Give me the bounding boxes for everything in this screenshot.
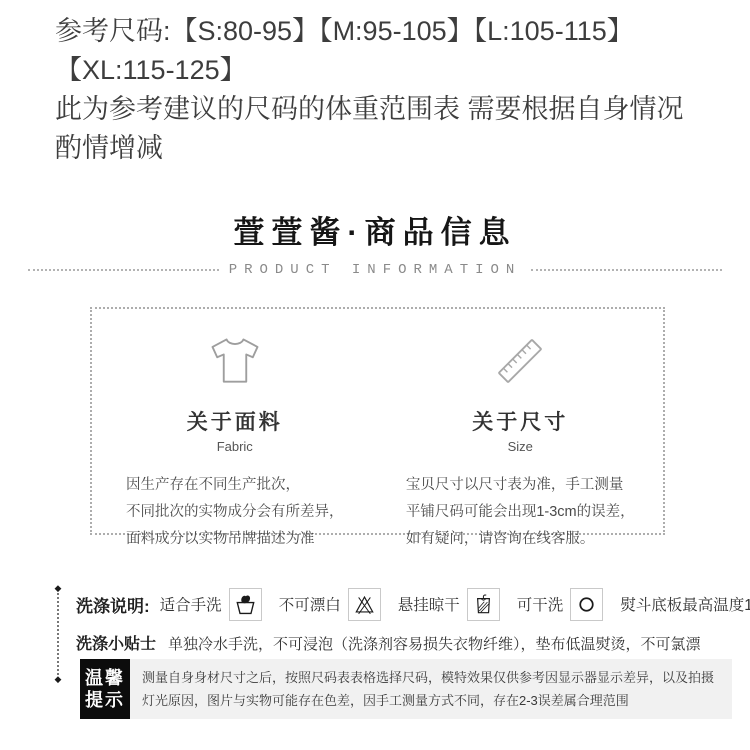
warm-tip-badge-line-1: 温馨 [85, 667, 125, 689]
washing-label: 洗涤说明: [76, 592, 150, 617]
dotted-divider-left [28, 269, 219, 271]
size-line-2: 平铺尺码可能会出现1-3cm的误差， [406, 499, 635, 526]
care-item-dry-clean: 可干洗 [517, 588, 621, 621]
section-subtitle-row: PRODUCT INFORMATION [28, 262, 722, 278]
section-subtitle: PRODUCT INFORMATION [219, 262, 532, 278]
size-card-subtitle: Size [378, 439, 664, 454]
care-item-label: 悬挂晾干 [398, 593, 460, 615]
fabric-line-2: 不同批次的实物成分会有所差异， [126, 499, 344, 526]
care-item-label: 可干洗 [517, 593, 564, 615]
care-item-label: 不可漂白 [279, 593, 341, 615]
care-item-label: 适合手洗 [160, 593, 222, 615]
care-item-handwash: 适合手洗 [160, 588, 279, 621]
size-card-body: 宝贝尺寸以尺寸表为准，手工测量 平铺尺码可能会出现1-3cm的误差， 如有疑问，… [406, 472, 635, 553]
handwash-icon [229, 588, 262, 621]
size-ref-line-3: 此为参考建议的尺码的体重范围表 需要根据自身情况 [55, 90, 723, 129]
fabric-card-subtitle: Fabric [92, 439, 378, 454]
info-cards-box: 关于面料 Fabric 因生产存在不同生产批次， 不同批次的实物成分会有所差异，… [90, 307, 665, 535]
size-card-title: 关于尺寸 [378, 406, 664, 436]
warm-tip: 温馨 提示 测量自身身材尺寸之后，按照尺码表表格选择尺码，模特效果仅供参考因显示… [80, 659, 732, 719]
washing-instructions-row: 洗涤说明: 适合手洗 不可漂白 悬挂晾干 [76, 587, 730, 621]
warm-tip-badge: 温馨 提示 [80, 659, 130, 719]
dotted-rail-line [57, 593, 59, 675]
no-bleach-icon [348, 588, 381, 621]
tshirt-icon [205, 331, 265, 391]
iron-temp-note: 熨斗底板最高温度110 [620, 593, 750, 615]
size-ref-line-4: 酌情增减 [55, 129, 723, 168]
fabric-line-1: 因生产存在不同生产批次， [126, 472, 344, 499]
size-card: 关于尺寸 Size 宝贝尺寸以尺寸表为准，手工测量 平铺尺码可能会出现1-3cm… [378, 309, 664, 533]
warm-tip-badge-line-2: 提示 [85, 689, 125, 711]
fabric-card-body: 因生产存在不同生产批次， 不同批次的实物成分会有所差异， 面料成分以实物吊牌描述… [126, 472, 344, 553]
fabric-card: 关于面料 Fabric 因生产存在不同生产批次， 不同批次的实物成分会有所差异，… [92, 309, 378, 533]
warm-tip-text: 测量自身身材尺寸之后，按照尺码表表格选择尺码，模特效果仅供参考因显示器显示差异，… [130, 659, 732, 719]
section-title: 萱萱酱·商品信息 [0, 207, 750, 252]
diamond-top-icon: ◆ [55, 584, 62, 593]
fabric-line-3: 面料成分以实物吊牌描述为准 [126, 526, 344, 553]
care-item-no-bleach: 不可漂白 [279, 588, 398, 621]
hang-dry-icon [467, 588, 500, 621]
size-line-1: 宝贝尺寸以尺寸表为准，手工测量 [406, 472, 635, 499]
washing-tips-text: 单独冷水手洗，不可浸泡（洗涤剂容易损失衣物纤维），垫布低温熨烫，不可氯漂 [168, 633, 701, 654]
size-ref-line-2: 【XL:115-125】 [55, 51, 723, 90]
size-line-3: 如有疑问，请咨询在线客服。 [406, 526, 635, 553]
size-ref-line-1: 参考尺码:【S:80-95】【M:95-105】【L:105-115】 [55, 12, 723, 51]
product-info-page: 参考尺码:【S:80-95】【M:95-105】【L:105-115】 【XL:… [0, 0, 750, 750]
diamond-bottom-icon: ◆ [55, 675, 62, 684]
ruler-icon [490, 331, 550, 391]
care-item-hang-dry: 悬挂晾干 [398, 588, 517, 621]
size-reference-text: 参考尺码:【S:80-95】【M:95-105】【L:105-115】 【XL:… [55, 12, 723, 168]
washing-tips-row: 洗涤小贴士 单独冷水手洗，不可浸泡（洗涤剂容易损失衣物纤维），垫布低温熨烫，不可… [76, 631, 730, 654]
dotted-divider-right [531, 269, 722, 271]
washing-tips-label: 洗涤小贴士 [76, 631, 156, 654]
dotted-rail: ◆ ◆ [52, 584, 64, 684]
fabric-card-title: 关于面料 [92, 406, 378, 436]
dry-clean-icon [570, 588, 603, 621]
